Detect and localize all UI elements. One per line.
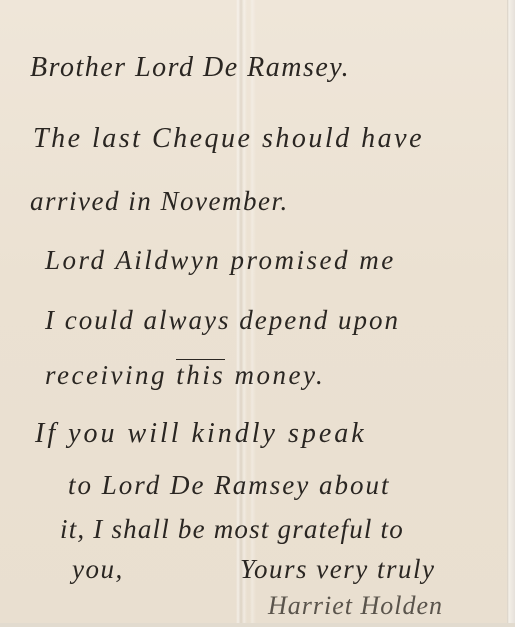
letter-line-9: it, I shall be most grateful to (60, 514, 404, 545)
letter-line-10-you: you, (72, 554, 124, 584)
letter-line-7: If you will kindly speak (35, 418, 367, 450)
letter-line-3: arrived in November. (30, 186, 289, 217)
letter-line-10: you, (72, 554, 124, 585)
underlined-word: this (176, 359, 225, 390)
letter-closing: Yours very truly (240, 554, 436, 585)
letter-line-6-pre: receiving (45, 360, 176, 390)
letter-line-1: Brother Lord De Ramsey. (30, 52, 350, 84)
page-bottom-edge (0, 623, 515, 627)
letter-line-2: The last Cheque should have (33, 123, 424, 155)
page-edge (507, 0, 515, 627)
letter-line-6-post: money. (225, 360, 325, 390)
letter-signature: Harriet Holden (268, 591, 443, 621)
letter-line-4: Lord Aildwyn promised me (45, 245, 396, 276)
letter-line-6: receiving this money. (45, 360, 325, 391)
letter-line-5: I could always depend upon (45, 305, 400, 336)
letter-line-8: to Lord De Ramsey about (68, 470, 390, 501)
